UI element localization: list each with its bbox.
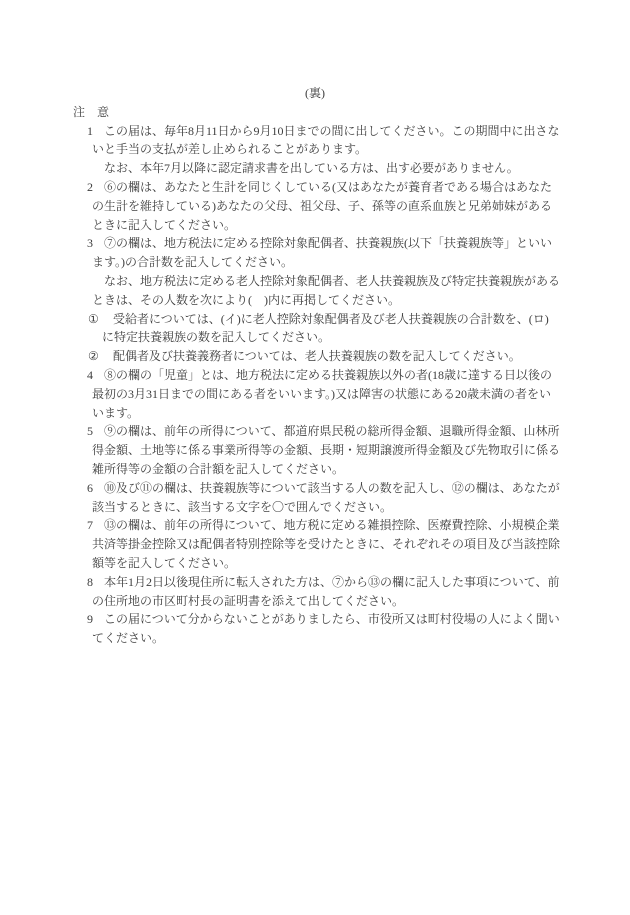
note-item-5: 5⑨の欄は、前年の所得について、都道府県民税の総所得金額、退職所得金額、山林所得…: [92, 422, 602, 478]
note-line: 本年1月2日以後現住所に転入された方は、⑦から⑬の欄に記入した事項について、前: [92, 573, 602, 592]
note-item-number: 1: [87, 122, 93, 141]
page-side-label: (裏): [0, 84, 630, 103]
note-line: なお、本年7月以降に認定請求書を出している方は、出す必要がありません。: [92, 159, 602, 178]
note-item-number: 2: [87, 178, 93, 197]
note-item-9: 9この届について分からないことがありましたら、市役所又は町村役場の人によく聞いて…: [92, 610, 602, 648]
note-line: 雑所得等の金額の合計額を記入してください。: [92, 460, 602, 479]
note-paragraph: なお、地方税法に定める老人控除対象配偶者、老人扶養親族及び特定扶養親族があるとき…: [92, 272, 602, 310]
note-line: ⑥の欄は、あなたと生計を同じくしている(又はあなたが養育者である場合はあなた: [92, 178, 602, 197]
note-line: ⑨の欄は、前年の所得について、都道府県民税の総所得金額、退職所得金額、山林所: [92, 422, 602, 441]
note-paragraph: ⑦の欄は、地方税法に定める控除対象配偶者、扶養親族(以下「扶養親族等」といいます…: [92, 234, 602, 272]
note-line: 得金額、土地等に係る事業所得等の金額、長期・短期譲渡所得金額及び先物取引に係る: [92, 441, 602, 460]
note-line: ⑧の欄の「児童」とは、地方税法に定める扶養親族以外の者(18歳に達する日以後の: [92, 366, 602, 385]
note-item-number: 8: [87, 573, 93, 592]
note-paragraph: ①受給者については、(イ)に老人控除対象配偶者及び老人扶養親族の合計数を、(ロ)…: [102, 310, 602, 348]
notes-heading: 注 意: [73, 103, 630, 122]
note-line: ときは、その人数を次により( )内に再掲してください。: [92, 291, 602, 310]
note-item-8: 8本年1月2日以後現住所に転入された方は、⑦から⑬の欄に記入した事項について、前…: [92, 573, 602, 611]
note-item-7: 7⑬の欄は、前年の所得について、地方税に定める雑損控除、医療費控除、小規模企業共…: [92, 516, 602, 572]
note-line: てください。: [92, 629, 602, 648]
note-item-number: 9: [87, 610, 93, 629]
note-paragraph: この届は、毎年8月11日から9月10日までの間に出してください。この期間中に出さ…: [92, 122, 602, 160]
note-item-number: 7: [87, 516, 93, 535]
document-page: (裏) 注 意 1この届は、毎年8月11日から9月10日までの間に出してください…: [0, 0, 630, 915]
notes-list: 1この届は、毎年8月11日から9月10日までの間に出してください。この期間中に出…: [92, 122, 602, 648]
note-paragraph: ②配偶者及び扶養義務者については、老人扶養親族の数を記入してください。: [102, 347, 602, 366]
note-line: 額等を記入してください。: [92, 554, 602, 573]
note-line: ときに記入してください。: [92, 216, 602, 235]
note-paragraph: この届について分からないことがありましたら、市役所又は町村役場の人によく聞いてく…: [92, 610, 602, 648]
note-item-4: 4⑧の欄の「児童」とは、地方税法に定める扶養親族以外の者(18歳に達する日以後の…: [92, 366, 602, 422]
note-item-number: 4: [87, 366, 93, 385]
note-paragraph: ⑥の欄は、あなたと生計を同じくしている(又はあなたが養育者である場合はあなたの生…: [92, 178, 602, 234]
note-paragraph: 本年1月2日以後現住所に転入された方は、⑦から⑬の欄に記入した事項について、前の…: [92, 573, 602, 611]
note-paragraph: ⑨の欄は、前年の所得について、都道府県民税の総所得金額、退職所得金額、山林所得金…: [92, 422, 602, 478]
note-item-2: 2⑥の欄は、あなたと生計を同じくしている(又はあなたが養育者である場合はあなたの…: [92, 178, 602, 234]
note-item-number: 6: [87, 479, 93, 498]
note-line: 受給者については、(イ)に老人控除対象配偶者及び老人扶養親族の合計数を、(ロ): [102, 310, 602, 329]
sub-item-number: ①: [88, 310, 99, 329]
note-line: の住所地の市区町村長の証明書を添えて出してください。: [92, 592, 602, 611]
note-line: いと手当の支払が差し止められることがあります。: [92, 140, 602, 159]
note-paragraph: なお、本年7月以降に認定請求書を出している方は、出す必要がありません。: [92, 159, 602, 178]
note-line: ます。)の合計数を記入してください。: [92, 253, 602, 272]
note-line: 該当するときに、該当する文字を〇で囲んでください。: [92, 498, 602, 517]
note-item-6: 6⑩及び⑪の欄は、扶養親族等について該当する人の数を記入し、⑫の欄は、あなたが該…: [92, 479, 602, 517]
note-line: この届は、毎年8月11日から9月10日までの間に出してください。この期間中に出さ…: [92, 122, 602, 141]
note-line: 共済等掛金控除又は配偶者特別控除等を受けたときに、それぞれその項目及び当該控除: [92, 535, 602, 554]
note-item-3: 3⑦の欄は、地方税法に定める控除対象配偶者、扶養親族(以下「扶養親族等」といいま…: [92, 234, 602, 366]
note-line: 配偶者及び扶養義務者については、老人扶養親族の数を記入してください。: [102, 347, 602, 366]
note-line: なお、地方税法に定める老人控除対象配偶者、老人扶養親族及び特定扶養親族がある: [92, 272, 602, 291]
note-line: ⑩及び⑪の欄は、扶養親族等について該当する人の数を記入し、⑫の欄は、あなたが: [92, 479, 602, 498]
note-line: に特定扶養親族の数を記入してください。: [102, 328, 602, 347]
note-line: ⑦の欄は、地方税法に定める控除対象配偶者、扶養親族(以下「扶養親族等」といい: [92, 234, 602, 253]
note-paragraph: ⑧の欄の「児童」とは、地方税法に定める扶養親族以外の者(18歳に達する日以後の最…: [92, 366, 602, 422]
note-line: 最初の3月31日までの間にある者をいいます。)又は障害の状態にある20歳未満の者…: [92, 385, 602, 404]
note-line: ⑬の欄は、前年の所得について、地方税に定める雑損控除、医療費控除、小規模企業: [92, 516, 602, 535]
note-item-1: 1この届は、毎年8月11日から9月10日までの間に出してください。この期間中に出…: [92, 122, 602, 178]
note-item-number: 3: [87, 234, 93, 253]
note-paragraph: ⑩及び⑪の欄は、扶養親族等について該当する人の数を記入し、⑫の欄は、あなたが該当…: [92, 479, 602, 517]
note-line: この届について分からないことがありましたら、市役所又は町村役場の人によく聞い: [92, 610, 602, 629]
note-line: います。: [92, 404, 602, 423]
sub-item-number: ②: [88, 347, 99, 366]
note-item-number: 5: [87, 422, 93, 441]
note-paragraph: ⑬の欄は、前年の所得について、地方税に定める雑損控除、医療費控除、小規模企業共済…: [92, 516, 602, 572]
note-line: の生計を維持している)あなたの父母、祖父母、子、孫等の直系血族と兄弟姉妹がある: [92, 197, 602, 216]
